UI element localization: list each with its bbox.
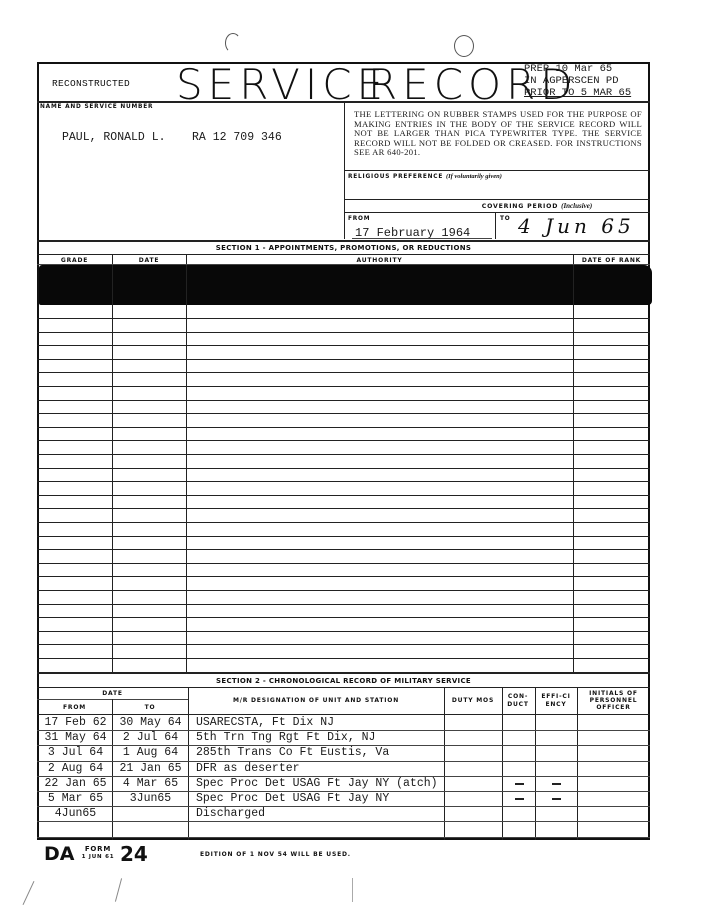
religious-divider xyxy=(344,199,650,200)
efficiency-dash xyxy=(552,798,561,800)
row-line xyxy=(37,631,650,632)
row-line xyxy=(37,761,650,762)
from-label: FROM xyxy=(348,216,370,222)
stamp-line-3: PRIOR TO 5 MAR 65 xyxy=(524,87,631,99)
cell-designation: Discharged xyxy=(196,807,444,820)
cell-to: 1 Aug 64 xyxy=(113,746,188,759)
notice-text: THE LETTERING ON RUBBER STAMPS USED FOR … xyxy=(354,110,642,158)
section2-date-group: DATE xyxy=(37,690,188,697)
column-line xyxy=(186,254,187,673)
section2-col-initials: INITIALS OF PERSONNEL OFFICER xyxy=(577,690,650,711)
row-line xyxy=(37,318,650,319)
row-line xyxy=(37,427,650,428)
religious-preference-label-text: RELIGIOUS PREFERENCE xyxy=(348,174,443,180)
cell-designation: 5th Trn Tng Rgt Ft Dix, NJ xyxy=(196,731,444,744)
row-line xyxy=(37,440,650,441)
cell-to: 2 Jul 64 xyxy=(113,731,188,744)
column-line xyxy=(573,254,574,673)
covering-to-value: 4 Jun 65 xyxy=(518,214,635,238)
column-line xyxy=(577,687,578,840)
form-date: 1 JUN 61 xyxy=(78,854,118,860)
row-line xyxy=(37,345,650,346)
title-service: SERVICE xyxy=(176,64,388,106)
row-line xyxy=(37,604,650,605)
section2-title: SECTION 2 - CHRONOLOGICAL RECORD OF MILI… xyxy=(37,677,650,685)
reconstructed-label: RECONSTRUCTED xyxy=(52,78,130,89)
row-line xyxy=(37,522,650,523)
service-number-value: RA 12 709 346 xyxy=(192,131,282,144)
form-id: DA xyxy=(44,843,74,865)
row-line xyxy=(37,332,650,333)
to-label: TO xyxy=(500,216,510,222)
cell-designation: Spec Proc Det USAG Ft Jay NY xyxy=(196,792,444,805)
notice-divider xyxy=(344,170,650,171)
cell-from: 17 Feb 62 xyxy=(39,716,112,729)
scan-mark xyxy=(115,878,122,901)
row-line xyxy=(37,837,650,838)
row-line xyxy=(37,264,650,265)
section2-top xyxy=(37,673,650,674)
cell-designation: USARECSTA, Ft Dix NJ xyxy=(196,716,444,729)
stamp-line-2: IN AGPERSCEN PD xyxy=(524,75,631,87)
row-line xyxy=(37,454,650,455)
covering-period-note: (Inclusive) xyxy=(561,202,592,210)
row-line xyxy=(37,536,650,537)
cell-from: 4Jun65 xyxy=(39,807,112,820)
section1-title: SECTION 1 - APPOINTMENTS, PROMOTIONS, OR… xyxy=(37,244,650,252)
column-line xyxy=(112,254,113,673)
section1-col-authority: AUTHORITY xyxy=(186,257,573,264)
row-line xyxy=(37,806,650,807)
column-line xyxy=(444,687,445,840)
conduct-dash xyxy=(515,783,524,785)
section1-title-divider xyxy=(37,254,650,255)
row-line xyxy=(37,481,650,482)
row-line xyxy=(37,644,650,645)
form-prefix: DA xyxy=(44,843,74,865)
section2-col-duty-mos: DUTY MOS xyxy=(444,697,502,704)
section2-title-divider xyxy=(37,687,650,688)
edition-note: EDITION OF 1 NOV 54 WILL BE USED. xyxy=(200,851,351,858)
row-line xyxy=(37,791,650,792)
covering-period-label-text: COVERING PERIOD xyxy=(482,203,558,210)
row-line xyxy=(37,745,650,746)
cell-from: 2 Aug 64 xyxy=(39,762,112,775)
cell-to: 4 Mar 65 xyxy=(113,777,188,790)
cell-from: 31 May 64 xyxy=(39,731,112,744)
row-line xyxy=(37,495,650,496)
religious-preference-note: (If voluntarily given) xyxy=(446,173,502,180)
section1-col-date: DATE xyxy=(112,257,186,264)
section2-col-conduct: CON-DUCT xyxy=(502,693,534,709)
efficiency-dash xyxy=(552,783,561,785)
row-line xyxy=(37,400,650,401)
cell-to: 3Jun65 xyxy=(113,792,188,805)
section2-col-to: TO xyxy=(112,704,188,711)
covering-period-label: COVERING PERIOD (Inclusive) xyxy=(344,202,650,210)
cell-designation: 285th Trans Co Ft Eustis, Va xyxy=(196,746,444,759)
scan-mark xyxy=(23,881,35,905)
scan-mark xyxy=(352,878,353,902)
row-line xyxy=(37,359,650,360)
punch-hole-right xyxy=(454,35,474,57)
covering-divider xyxy=(344,212,650,213)
row-line xyxy=(37,672,650,673)
row-line xyxy=(37,776,650,777)
cell-to: 21 Jan 65 xyxy=(113,762,188,775)
row-line xyxy=(37,372,650,373)
column-line xyxy=(112,699,113,840)
name-value: PAUL, RONALD L. xyxy=(62,131,166,144)
cell-designation: Spec Proc Det USAG Ft Jay NY (atch) xyxy=(196,777,444,790)
cell-from: 22 Jan 65 xyxy=(39,777,112,790)
punch-hole-left xyxy=(225,33,241,53)
row-line xyxy=(37,508,650,509)
prep-stamp: PREP 10 Mar 65 IN AGPERSCEN PD PRIOR TO … xyxy=(524,63,631,99)
row-line xyxy=(37,590,650,591)
section1-top xyxy=(37,240,650,242)
column-line xyxy=(502,687,503,840)
cell-from: 3 Jul 64 xyxy=(39,746,112,759)
column-line xyxy=(188,687,189,840)
form-word: FORM xyxy=(78,845,118,853)
section2-col-designation: M/R DESIGNATION OF UNIT AND STATION xyxy=(188,697,444,704)
form-number: 24 xyxy=(120,842,148,866)
religious-preference-label: RELIGIOUS PREFERENCE (If voluntarily giv… xyxy=(348,173,502,180)
row-line xyxy=(37,468,650,469)
row-line xyxy=(37,658,650,659)
redaction-bar xyxy=(39,265,652,305)
section2-col-efficiency: EFFI-CIENCY xyxy=(535,693,577,709)
row-line xyxy=(37,563,650,564)
conduct-dash xyxy=(515,798,524,800)
row-line xyxy=(37,549,650,550)
row-line xyxy=(37,576,650,577)
cell-to: 30 May 64 xyxy=(113,716,188,729)
stamp-line-1: PREP 10 Mar 65 xyxy=(524,63,631,75)
from-to-divider xyxy=(495,212,496,239)
row-line xyxy=(37,821,650,822)
cell-from: 5 Mar 65 xyxy=(39,792,112,805)
section1-col-date-of-rank: DATE OF RANK xyxy=(573,257,650,264)
section1-col-grade: GRADE xyxy=(37,257,112,264)
section2-header-bottom xyxy=(37,714,650,715)
row-line xyxy=(37,413,650,414)
section2-col-from: FROM xyxy=(37,704,112,711)
column-line xyxy=(535,687,536,840)
cell-designation: DFR as deserter xyxy=(196,762,444,775)
row-line xyxy=(37,386,650,387)
row-line xyxy=(37,617,650,618)
name-service-number-label: NAME AND SERVICE NUMBER xyxy=(40,104,153,110)
from-underline xyxy=(352,238,492,239)
row-line xyxy=(37,730,650,731)
